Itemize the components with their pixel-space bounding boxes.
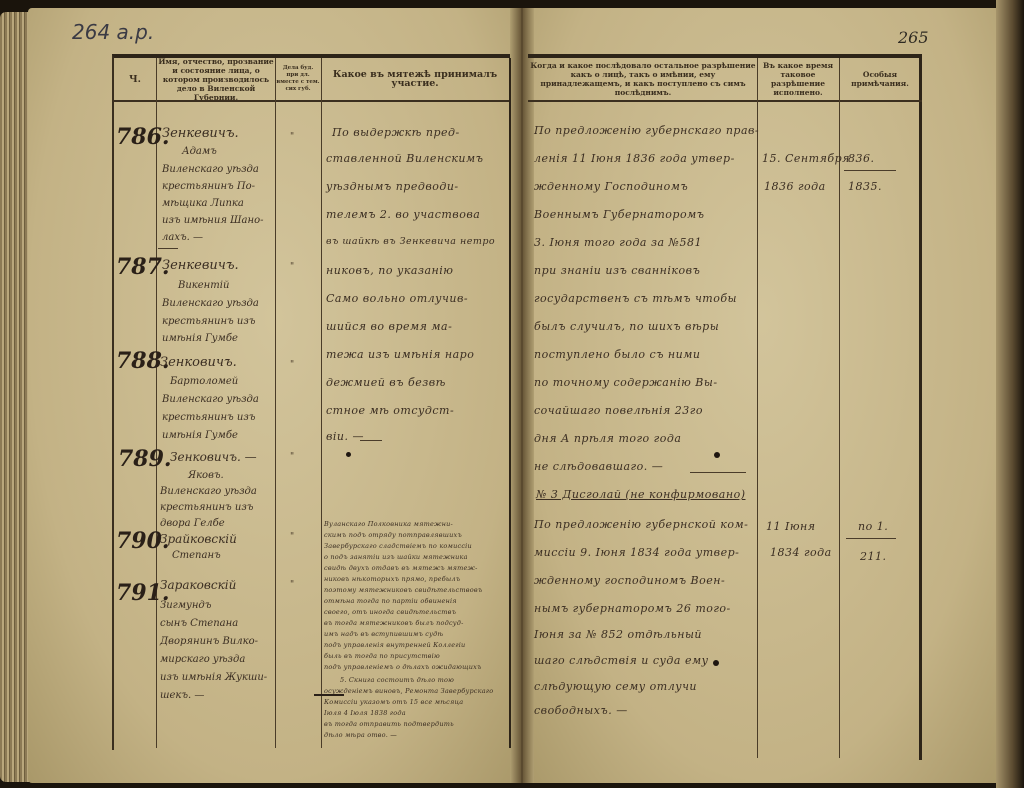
participation-small-line: никовъ нѣкоторыхъ прямо, пребылъ xyxy=(324,575,460,583)
person-name-line: Яковъ. xyxy=(188,470,224,481)
resolution-line: по точному содержанію Вы- xyxy=(534,376,718,389)
ditto-mark: " xyxy=(290,132,294,142)
resolution-line: сочайшаго повелѣнія 23го xyxy=(534,404,703,417)
participation-small-line: дѣло мѣра отво. — xyxy=(324,731,397,739)
participation-small-line: Іюля 4 Іюля 1838 года xyxy=(324,709,406,717)
person-surname: Зенковичъ. — xyxy=(170,450,257,464)
participation-line: телемъ 2. во участвова xyxy=(326,208,480,221)
person-surname: Зенкевичъ. xyxy=(162,126,239,141)
header-executed: Въ какое время таковое разрѣшение исполн… xyxy=(758,58,838,100)
person-name-line: изъ имѣнія Жукши- xyxy=(160,672,267,683)
resolution-line: поступлено было съ ними xyxy=(534,348,700,361)
paper-spot xyxy=(346,452,351,457)
remark-value: 836. xyxy=(848,152,875,165)
participation-line: ставленной Виленскимъ xyxy=(326,152,483,165)
resolution-line: По предложенію губернскаго прав- xyxy=(534,124,759,137)
participation-line: дежмией въ безвѣ xyxy=(326,376,446,389)
participation-small-line: отмѣна тогда по партіи обвиненія xyxy=(324,597,457,605)
participation-line: віи. — xyxy=(326,430,364,443)
person-surname: Зенкевичъ. xyxy=(162,258,239,273)
participation-line: тежа изъ имѣнія нарo xyxy=(326,348,474,361)
participation-small-line: Комиссіи указомъ отъ 15 все мѣсяца xyxy=(324,698,463,706)
resolution-line: слѣдующую сему отлучи xyxy=(534,680,697,693)
resolution-line: при знаніи изъ сванніковъ xyxy=(534,264,700,277)
person-name-line: Бартоломей xyxy=(170,376,238,387)
participation-line: По выдержкѣ пред- xyxy=(332,126,460,139)
paper-spot xyxy=(713,660,719,666)
header-rule-right xyxy=(528,100,922,102)
person-surname: Зенковичъ. xyxy=(160,355,237,370)
participation-small-line: скимъ подъ отряду потправлявшихъ xyxy=(324,531,462,539)
person-surname: Зараковскій xyxy=(160,578,236,592)
ledger-spread: 264 а.р. 265 Ч. Имя, отчество, прозвание… xyxy=(0,0,1024,788)
archive-mark: 264 а.р. xyxy=(72,20,154,44)
col-divider xyxy=(321,58,322,748)
participation-line: Само вольно отлучив- xyxy=(326,292,468,305)
participation-small-line: подъ управленія внутренней Коллегіи xyxy=(324,641,465,649)
executed-date: 1836 года xyxy=(764,180,826,193)
resolution-line: миссіи 9. Іюня 1834 года утвер- xyxy=(534,546,739,559)
col-divider xyxy=(757,58,758,758)
person-name-line: Степанъ xyxy=(172,550,221,561)
person-name-line: крестьянинъ изъ xyxy=(162,316,255,327)
participation-small-line: свидѣ двухъ отдавъ въ мятежъ мятеж- xyxy=(324,564,477,572)
header-participation: Какое въ мятежѣ принималъ участие. xyxy=(322,58,508,100)
participation-small-line: о подъ занятіи изъ шайки мятежника xyxy=(324,553,468,561)
person-name-line: крестьянинъ изъ xyxy=(160,502,253,513)
participation-small-line: Завербурскаго сладствіемъ по комиссіи xyxy=(324,542,472,550)
person-name-line: имѣнія Гумбе xyxy=(162,430,238,441)
resolution-line: былъ случилъ, по шихъ вѣры xyxy=(534,320,719,333)
col-divider xyxy=(509,58,511,748)
entry-rule xyxy=(360,440,382,441)
executed-date: 1834 года xyxy=(770,546,832,559)
remark-rule xyxy=(846,538,896,539)
person-name-line: мирскаго уѣзда xyxy=(160,654,245,665)
page-number: 265 xyxy=(898,28,929,47)
resolution-line: дня А прѣля того года xyxy=(534,432,681,445)
closing-rule xyxy=(690,472,746,473)
participation-line: въ шайкѣ въ Зенкевича нетро xyxy=(326,236,495,247)
resolution-line: нымъ губернаторомъ 26 того- xyxy=(534,602,731,615)
participation-small-line: подъ управленіемъ о дѣлахъ ожидающихъ xyxy=(324,663,482,671)
remark-value: 1835. xyxy=(848,180,882,193)
person-name-line: лахъ. — xyxy=(162,232,203,243)
person-name-line: двора Гелбе xyxy=(160,518,225,529)
col-divider xyxy=(156,58,157,748)
entry-number: 789. xyxy=(118,446,172,472)
resolution-header: № 3 Дисголай (не конфирмовано) xyxy=(536,488,746,501)
person-name-line: Викентій xyxy=(178,280,229,291)
entry-rule xyxy=(158,248,178,249)
participation-small-line: осужденіемъ виновъ, Ремонта Завербурскаг… xyxy=(324,687,493,695)
ditto-mark: " xyxy=(290,360,294,370)
participation-small-line: имъ надъ въ вступившимъ судѣ xyxy=(324,630,443,638)
participation-small-line: поэтому мятежниковъ свидѣтельствовъ xyxy=(324,586,482,594)
person-name-line: сынъ Степана xyxy=(160,618,238,629)
ditto-mark: " xyxy=(290,452,294,462)
resolution-line: Военнымъ Губернаторомъ xyxy=(534,208,705,221)
person-name-line: Зигмундъ xyxy=(160,600,211,611)
person-name-line: Виленскаго уѣзда xyxy=(162,164,259,175)
person-name-line: Виленскаго уѣзда xyxy=(162,394,259,405)
participation-line: никовъ, по указанію xyxy=(326,264,453,277)
person-name-line: Виленскаго уѣзда xyxy=(162,298,259,309)
ditto-mark: " xyxy=(290,532,294,542)
ditto-mark: " xyxy=(290,262,294,272)
resolution-line: шаго слѣдствія и суда ему xyxy=(534,654,708,667)
participation-small-line: въ тогда отправить подтвердить xyxy=(324,720,454,728)
participation-small-line: быль въ тогда по присутствію xyxy=(324,652,440,660)
col-divider xyxy=(275,58,276,748)
person-name-line: имѣнія Гумбе xyxy=(162,333,238,344)
remark-rule xyxy=(844,170,896,171)
header-remarks: Особыя примѣчания. xyxy=(840,58,920,100)
resolution-line: жденному Господиномъ xyxy=(534,180,688,193)
participation-small-line: своего, отъ иногда свидѣтельствъ xyxy=(324,608,456,616)
person-surname: Зрайковскій xyxy=(160,532,237,546)
header-case-info: Дела буд. при дл. вместе с тем. сих губ. xyxy=(276,58,320,100)
header-rule-left xyxy=(112,100,510,102)
executed-date: 11 Іюня xyxy=(766,520,816,533)
person-name-line: крестьянинъ изъ xyxy=(162,412,255,423)
page-stack-edge-right xyxy=(996,0,1024,788)
resolution-line: ленія 11 Іюня 1836 года утвер- xyxy=(534,152,735,165)
person-name-line: Адамъ xyxy=(182,146,217,157)
person-name-line: шекъ. — xyxy=(160,690,204,701)
resolution-line: жденному господиномъ Воен- xyxy=(534,574,725,587)
margin-stroke xyxy=(314,694,344,696)
resolution-line: свободныхъ. — xyxy=(534,704,628,717)
executed-date: 15. Сентября xyxy=(762,152,850,165)
resolution-line: Іюня за № 852 отдѣльный xyxy=(534,628,702,641)
paper-spot xyxy=(714,452,720,458)
person-name-line: Виленскаго уѣзда xyxy=(160,486,257,497)
participation-line: шийся во время ма- xyxy=(326,320,452,333)
header-person: Имя, отчество, прозвание и состояние лиц… xyxy=(158,58,274,100)
participation-small-line: 5. Скнига состоитъ дѣло тою xyxy=(340,676,454,684)
person-name-line: изъ имѣния Шано- xyxy=(162,215,263,226)
resolution-line: не слѣдовавшаго. — xyxy=(534,460,663,473)
header-number: Ч. xyxy=(114,58,156,100)
participation-line: стное мѣ отсудст- xyxy=(326,404,454,417)
resolution-line: государственъ съ тѣмъ чтобы xyxy=(534,292,737,305)
resolution-line: 3. Іюня того года за №581 xyxy=(534,236,702,249)
participation-line: уѣзднымъ предводи- xyxy=(326,180,459,193)
remark-value: по 1. xyxy=(858,520,888,533)
person-name-line: крестьянинъ По- xyxy=(162,181,255,192)
person-name-line: Дворянинъ Вилко- xyxy=(160,636,258,647)
ditto-mark: " xyxy=(290,580,294,590)
remark-value: 211. xyxy=(860,550,887,563)
header-resolution: Когда и какое послѣдовало остальное разр… xyxy=(530,58,756,100)
resolution-line: По предложенію губернской ком- xyxy=(534,518,748,531)
participation-small-line: въ тогда мятежниковъ былъ подсуд- xyxy=(324,619,464,627)
person-name-line: мѣщика Липка xyxy=(162,198,244,209)
participation-small-line: Вуланскаго Полковника мятежни- xyxy=(324,520,453,528)
